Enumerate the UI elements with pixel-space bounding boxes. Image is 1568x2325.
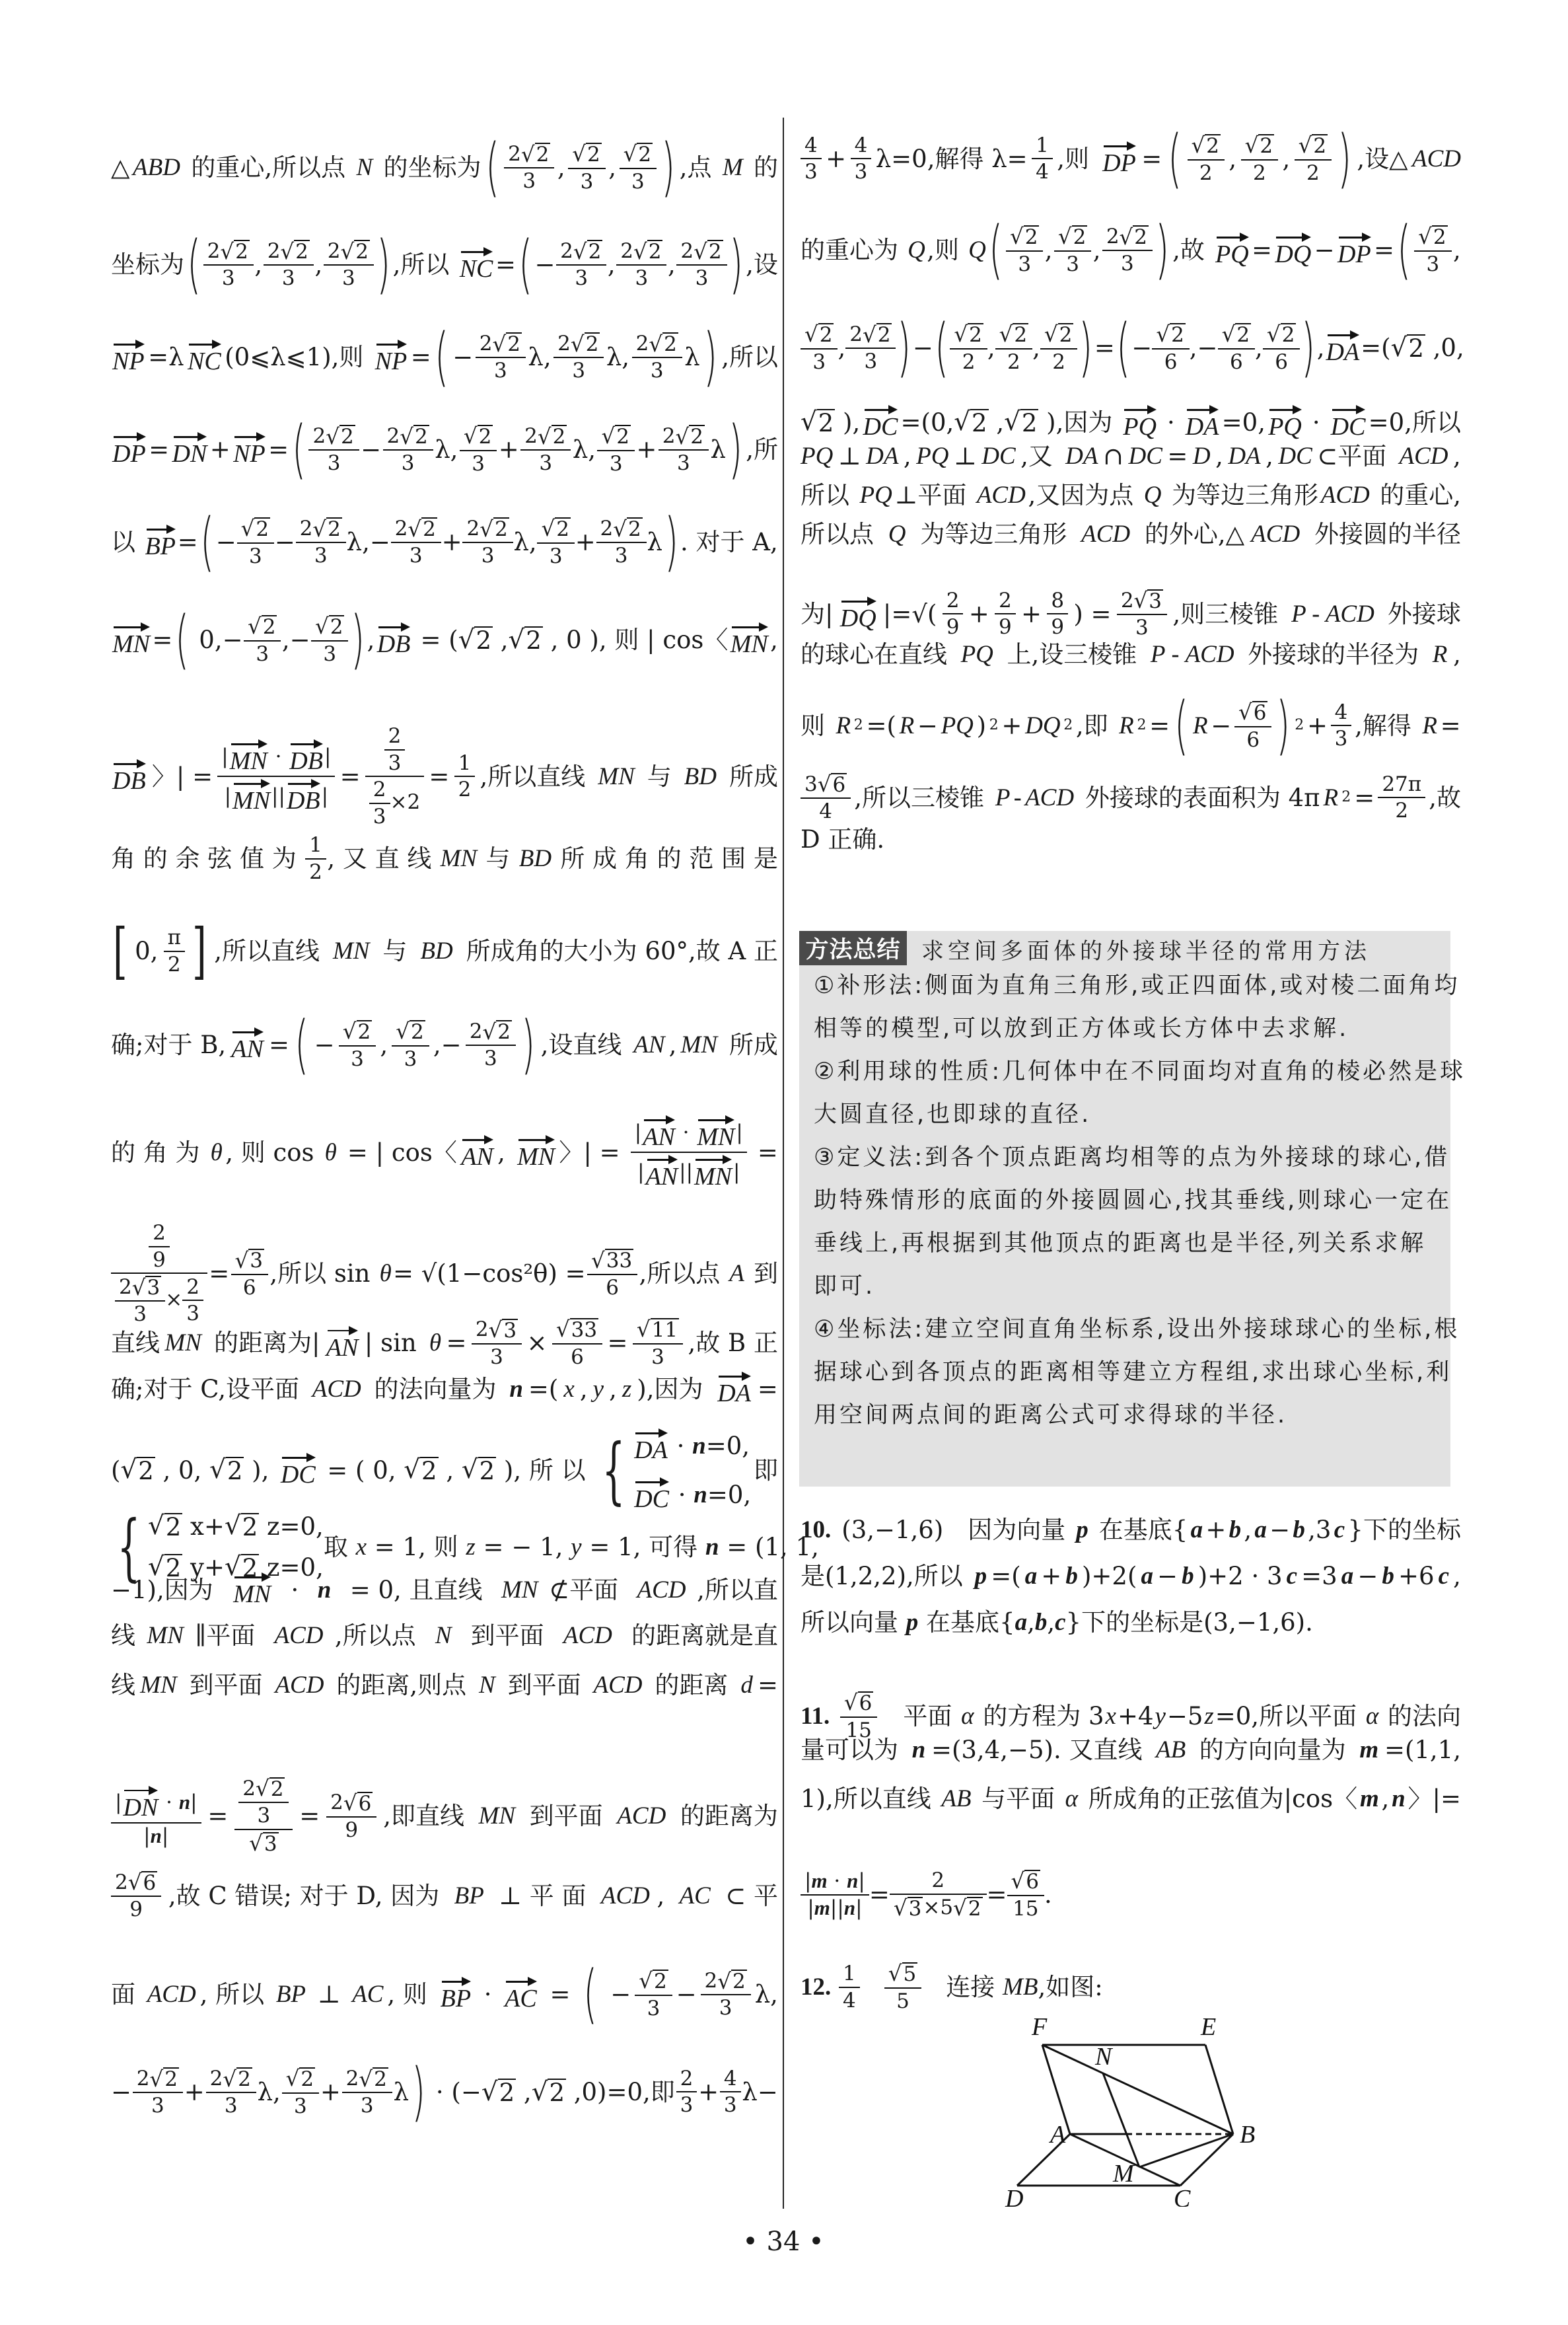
math-italic: BD xyxy=(684,764,717,789)
math-expr: 1 xyxy=(458,753,472,774)
math-text: )+2( xyxy=(1082,1564,1137,1588)
math-expr: =3 xyxy=(1301,1564,1337,1588)
math-expr: = 1, 则 xyxy=(367,1535,466,1559)
math-text: ⊂平面 xyxy=(1317,444,1394,468)
math-text: +6 xyxy=(1398,1564,1435,1588)
radicand: 2 xyxy=(1312,134,1328,157)
radical-sign: √ xyxy=(591,1250,605,1272)
math-expr: + xyxy=(826,147,846,171)
vector-label: PQ xyxy=(1268,414,1302,439)
denominator: 6 xyxy=(231,1274,268,1299)
math-text: | xyxy=(733,1162,740,1183)
math-text: ,− xyxy=(1190,336,1218,360)
math-text: + xyxy=(442,530,462,554)
math-text xyxy=(831,1975,839,1999)
sqrt: √2 xyxy=(220,240,249,262)
math-expr: + xyxy=(1307,714,1328,738)
equation-system: {√2 x+√2 z=0,√2 y+√2 z=0, xyxy=(111,1513,324,1580)
math-text: 是(1,2,2),所以 xyxy=(801,1564,971,1588)
radicand: 2 xyxy=(1058,323,1074,346)
text-line: −1),因为 MN · n = 0, 且直线 MN⊄平面 ACD,所以直 xyxy=(111,1572,778,1607)
math-italic: ACD xyxy=(1251,522,1300,546)
fraction: 29 xyxy=(944,590,962,638)
math-italic: P xyxy=(995,786,1011,810)
numerator: √2 xyxy=(1243,134,1276,159)
vector: DA xyxy=(717,1372,751,1406)
left-paren: ( xyxy=(1398,225,1411,276)
sqrt: √2 xyxy=(223,2067,252,2090)
denominator: 3 xyxy=(597,450,634,475)
math-italic: ACD xyxy=(1081,522,1130,546)
math-expr: 6 xyxy=(243,1277,256,1299)
math-expr: λ, xyxy=(513,530,536,554)
vector: MN xyxy=(112,622,150,657)
radicand: 33 xyxy=(570,1318,598,1341)
math-expr: = xyxy=(1167,444,1188,468)
left-brace: { xyxy=(118,1518,141,1576)
math-expr: − xyxy=(111,2080,131,2104)
radical-sign: √ xyxy=(280,241,294,263)
math-text: 3 xyxy=(490,1347,503,1368)
math-italic: ACD xyxy=(601,1884,650,1908)
text-line: 则 R2=(R−PQ)2+DQ2,即 R2=(R−√66)2+43,解得 R= xyxy=(801,700,1461,751)
vector-arrow-icon xyxy=(289,739,323,749)
radical-sign: √ xyxy=(1156,324,1170,346)
math-text: ), xyxy=(244,1458,277,1483)
denominator: 9 xyxy=(149,1246,170,1271)
radicand: 33 xyxy=(605,1249,633,1271)
bold-vector: a xyxy=(1341,1564,1354,1588)
math-text: 2 xyxy=(1199,163,1213,184)
math-text: + xyxy=(575,530,596,554)
left-paren: ( xyxy=(989,225,1003,276)
right-paren: ) xyxy=(664,517,678,568)
math-text: 4 xyxy=(724,2068,737,2090)
math-text: 2 xyxy=(328,240,341,262)
denominator: 3 xyxy=(206,2092,256,2117)
radicand: 2 xyxy=(637,143,653,165)
math-expr: =( xyxy=(991,1564,1020,1588)
math-text: ,则三棱锥 xyxy=(1172,602,1286,626)
sqrt: √2 xyxy=(341,240,370,262)
denominator: 6 xyxy=(1218,348,1255,373)
math-text: z=0, xyxy=(259,1514,324,1539)
math-expr: 3 xyxy=(388,753,402,774)
vector-arrow-icon xyxy=(233,432,266,441)
math-expr: = xyxy=(299,1804,320,1828)
math-expr: = xyxy=(1354,786,1374,810)
radicand: 2 xyxy=(421,517,437,540)
radical-sign: √ xyxy=(1245,135,1259,157)
numerator: 2 xyxy=(929,1870,946,1894)
math-text: − xyxy=(361,437,381,462)
numerator: π xyxy=(166,927,183,951)
vector-label: DC xyxy=(634,1487,669,1512)
math-expr: λ,− xyxy=(347,530,390,554)
math-expr: ,则 xyxy=(1057,147,1097,171)
math-expr: √2 xyxy=(248,615,277,638)
math-expr: √2 xyxy=(241,517,270,540)
math-expr: 2 xyxy=(408,792,421,813)
text-line: 12. 14 √55 连接 MB,如图: xyxy=(801,1962,1461,2012)
radicand: 2 xyxy=(478,1457,497,1483)
denominator: 3 xyxy=(342,2092,392,2117)
sqrt: √2 xyxy=(400,425,429,447)
math-text: λ, xyxy=(606,345,629,369)
math-expr: ,故 xyxy=(1172,238,1213,262)
question-number: 10. xyxy=(801,1518,831,1542)
math-text: 的距离为| xyxy=(206,1331,320,1355)
math-text: 所成 xyxy=(721,1033,778,1057)
vector-label: DA xyxy=(634,1438,668,1463)
sqrt: √2 xyxy=(521,143,550,165)
math-expr: 3 xyxy=(539,453,552,474)
fraction: 43 xyxy=(1333,702,1350,750)
math-italic: Q xyxy=(908,238,925,262)
math-text: 〉| = xyxy=(152,764,213,789)
radicand: 2 xyxy=(254,517,270,540)
vector-expr: |AN · MN| xyxy=(635,1115,743,1150)
math-expr: = 0, 且直线 xyxy=(342,1578,490,1602)
math-expr: 2 xyxy=(946,590,960,612)
text-line: 用空间两点间的距离公式可求得球的半径. xyxy=(814,1404,1448,1427)
math-expr: 3 xyxy=(864,351,877,373)
math-expr: 3 xyxy=(635,268,648,289)
radicand: 6 xyxy=(831,773,847,795)
vector-label: DC xyxy=(1331,414,1366,439)
math-expr: ) = xyxy=(1073,602,1111,626)
fraction: √55 xyxy=(886,1962,919,2012)
math-expr: 5 xyxy=(896,1991,909,2012)
sqrt: √2 xyxy=(509,626,543,653)
radicand: 2 xyxy=(164,1513,183,1539)
math-expr: 3 xyxy=(651,360,664,382)
math-expr: 角 的 余 弦 值 为 xyxy=(111,846,304,871)
math-text: 6 xyxy=(1230,351,1243,373)
math-text: 2 xyxy=(408,792,421,813)
math-italic: DA xyxy=(1228,444,1260,468)
math-expr: √2 xyxy=(954,323,983,346)
math-text: = xyxy=(411,345,431,369)
math-text: 的坐标为 xyxy=(376,155,481,180)
math-text: ),因为 xyxy=(1038,410,1120,435)
sqrt: √2 xyxy=(538,425,567,447)
math-text: ,故 B 正 xyxy=(688,1331,777,1355)
math-expr: 的坐标为 xyxy=(376,155,481,180)
radical-sign: √ xyxy=(286,2068,300,2090)
radical-sign: √ xyxy=(150,2069,164,2090)
math-expr: 的距离为 xyxy=(672,1804,778,1828)
text-line: MN=( 0,−√23,−√23),DB = (√2 ,√2 , 0 ), 则 … xyxy=(111,614,778,665)
numerator: √2 xyxy=(1220,323,1253,348)
denominator: 6 xyxy=(1263,348,1300,373)
math-text: + xyxy=(826,147,846,171)
math-expr: = xyxy=(1149,714,1170,738)
numerator: √2 xyxy=(1265,323,1298,348)
math-text: 3 xyxy=(719,1997,732,2019)
math-expr: 9 xyxy=(129,1899,143,1921)
radicand: 3 xyxy=(502,1319,518,1341)
math-expr: +4 xyxy=(1118,1704,1154,1728)
vector-arrow-icon xyxy=(375,340,408,349)
math-text: = xyxy=(1094,336,1115,360)
radical-sign: √ xyxy=(312,519,326,540)
math-text: 3 xyxy=(651,360,664,382)
column-divider xyxy=(783,118,784,2209)
math-text: , xyxy=(1229,147,1236,171)
radical-sign: √ xyxy=(404,1458,420,1483)
math-expr: 的距离为| xyxy=(206,1331,320,1355)
radicand: 2 xyxy=(552,425,567,447)
math-expr: . 对于 A, xyxy=(680,530,778,554)
math-expr: √2 xyxy=(624,143,653,165)
math-expr: (√2 , 0, √2 ), xyxy=(111,1457,277,1483)
vector-label: DN xyxy=(172,441,207,466)
math-expr: 3 xyxy=(314,545,328,567)
question-number: 11. xyxy=(801,1704,830,1728)
math-text: 2 xyxy=(312,425,326,447)
math-text: − xyxy=(1211,714,1231,738)
numerator: 2√2 xyxy=(464,517,511,542)
math-expr: ,设直线 xyxy=(541,1033,630,1057)
vector-label: AN xyxy=(461,1144,493,1169)
math-text: λ xyxy=(394,2080,409,2104)
vector-label: MN xyxy=(233,1582,271,1607)
denominator: 3 xyxy=(133,2092,183,2117)
math-expr: √2 xyxy=(572,143,601,165)
vector: AN xyxy=(326,1326,359,1360)
math-expr: 〉|= xyxy=(1408,1787,1461,1811)
fraction: 2√23 xyxy=(240,1777,287,1827)
numerator: √6 xyxy=(842,1691,875,1716)
text-line: 292√33×23=√36,所以 sin θ= √(1−cos²θ) =√336… xyxy=(111,1222,778,1325)
denominator: 3 xyxy=(556,264,606,289)
denominator: 4 xyxy=(839,1987,860,2012)
math-text: , xyxy=(989,410,1005,435)
radical-sign: √ xyxy=(637,1319,651,1341)
math-italic: MB xyxy=(1003,1975,1038,1999)
math-expr: 3 xyxy=(647,1998,660,2020)
math-expr: 2√3 xyxy=(119,1276,161,1298)
math-text: 3 xyxy=(222,268,235,289)
math-text: 角 的 余 弦 值 为 xyxy=(111,846,304,871)
text-line: |DN · n||n|=2√23√3=2√69,即直线 MN 到平面 ACD 的… xyxy=(111,1777,778,1855)
fraction: 29 xyxy=(997,590,1014,638)
denominator: 3 xyxy=(504,167,554,192)
math-expr: 3 xyxy=(572,360,585,382)
vector-label: AN xyxy=(326,1335,359,1360)
fraction: 2√23 xyxy=(618,240,664,289)
math-expr: , xyxy=(608,155,616,180)
math-text: − xyxy=(275,530,295,554)
math-text: − xyxy=(111,2080,131,2104)
math-text: 2 xyxy=(680,2068,694,2090)
math-expr: λ, xyxy=(573,437,596,462)
math-expr: 〉| = xyxy=(559,1140,627,1165)
math-expr: 3 xyxy=(1335,728,1348,750)
text-line: 1),所以直线 AB 与平面 α 所成角的正弦值为|cos〈m,n〉|= xyxy=(801,1787,1461,1811)
math-expr: ,− xyxy=(1190,336,1218,360)
math-expr: + xyxy=(184,2080,205,2104)
radical-sign: √ xyxy=(1299,135,1312,157)
math-text: = xyxy=(340,764,361,789)
sqrt: √2 xyxy=(312,517,341,540)
math-text: 2 xyxy=(153,1222,166,1244)
radical-sign: √ xyxy=(624,143,637,165)
math-expr: 3 xyxy=(225,2095,238,2117)
math-expr: √2 xyxy=(1222,323,1251,346)
math-expr: = xyxy=(758,1377,778,1401)
math-expr: 3 xyxy=(361,2095,374,2117)
math-expr: √2 xyxy=(1192,134,1221,157)
math-expr: ,− xyxy=(282,628,310,652)
superscript: 2 xyxy=(1341,790,1351,805)
math-text: }下的坐标 xyxy=(1347,1518,1461,1542)
radical-sign: √ xyxy=(209,1458,226,1483)
math-italic: ACD xyxy=(1326,602,1374,626)
radical-sign: √ xyxy=(1192,135,1205,157)
math-text: (0⩽λ⩽1),则 xyxy=(225,345,371,369)
bold-vector: b xyxy=(1382,1564,1394,1588)
radicand: 2 xyxy=(339,425,355,447)
math-text: . 对于 A, xyxy=(680,530,778,554)
math-expr: 的重心,所以点 xyxy=(184,155,353,180)
math-expr: , xyxy=(1317,336,1325,360)
radicand: 2 xyxy=(662,332,678,355)
math-text: = xyxy=(149,437,169,462)
math-expr: 确;对于 C,设平面 xyxy=(111,1377,307,1401)
superscript: 2 xyxy=(1063,718,1073,733)
bold-vector: n xyxy=(1392,1787,1406,1811)
math-text: 3 xyxy=(256,644,269,665)
math-text: + xyxy=(184,2080,205,2104)
math-text: 3 xyxy=(804,161,818,183)
math-expr: = xyxy=(542,1982,579,2007)
fraction: 14 xyxy=(1034,135,1051,183)
denominator: 3 xyxy=(537,542,574,568)
math-text: , xyxy=(516,2080,532,2104)
sqrt: √6 xyxy=(1238,701,1267,723)
system-row: DC · n=0, xyxy=(633,1477,751,1512)
numerator: 2√2 xyxy=(344,2067,390,2092)
radicand: 2 xyxy=(585,332,600,355)
math-expr: , xyxy=(904,444,911,468)
fraction: π2 xyxy=(166,927,183,975)
numerator: √5 xyxy=(886,1962,919,1987)
bold-vector: a xyxy=(1141,1564,1153,1588)
math-text: =( xyxy=(528,1377,558,1401)
sqrt: √2 xyxy=(286,2067,315,2090)
text-line: 线MN 到平面 ACD 的距离,则点 N 到平面 ACD 的距离 d= xyxy=(111,1673,778,1697)
left-paren: ( xyxy=(292,424,306,475)
math-expr: − xyxy=(603,1982,631,2007)
numerator: 2√2 xyxy=(555,332,602,357)
math-expr: √2 xyxy=(315,615,344,638)
text-line: ④坐标法:建立空间直角坐标系,设出外接球球心的坐标,根 xyxy=(814,1318,1448,1341)
math-text: 0,− xyxy=(192,628,243,652)
numerator: √2 xyxy=(599,425,632,450)
numerator: 1 xyxy=(307,834,324,858)
sqrt: √2 xyxy=(343,1020,372,1043)
math-expr: = xyxy=(429,764,449,789)
radical-sign: √ xyxy=(235,1250,249,1272)
math-text: , xyxy=(669,1033,677,1057)
math-expr: ⊄平面 xyxy=(549,1578,626,1602)
math-text: | xyxy=(855,1896,862,1920)
denominator: 2 xyxy=(995,348,1032,373)
left-paren: ( xyxy=(935,322,948,373)
math-text: | xyxy=(279,786,285,807)
math-expr: 坐标为 xyxy=(111,252,184,277)
math-text: = xyxy=(542,1982,579,2007)
math-text: + xyxy=(1205,1518,1226,1542)
math-expr: , xyxy=(1215,444,1223,468)
numerator: 2 xyxy=(997,590,1014,614)
fraction: 2√23 xyxy=(598,517,645,567)
math-italic: MN xyxy=(140,1673,177,1697)
radicand: 2 xyxy=(506,332,522,355)
vector-expr: |DN · n| xyxy=(115,1786,197,1820)
math-expr: 3 xyxy=(615,545,628,567)
fraction: √23 xyxy=(637,1970,670,2020)
radical-sign: √ xyxy=(489,1319,503,1341)
vector-label: NC xyxy=(460,256,493,281)
math-expr: =0, xyxy=(1222,410,1265,435)
fraction: √615 xyxy=(842,1691,875,1742)
vector-arrow-icon xyxy=(230,739,267,749)
sqrt: √2 xyxy=(1010,225,1039,248)
math-italic: θ xyxy=(429,1331,441,1355)
math-expr: 平面 xyxy=(878,1704,960,1728)
math-expr: 2√2 xyxy=(620,240,662,262)
math-text: 3 xyxy=(294,2096,307,2118)
math-text: 3 xyxy=(522,170,536,192)
superscript: 2 xyxy=(1295,718,1304,733)
math-text: 3 xyxy=(635,268,648,289)
sqrt: √2 xyxy=(359,2067,388,2090)
right-paren: ) xyxy=(351,614,365,665)
math-expr: 所成角的大小为 60°,故 A 正 xyxy=(458,939,778,963)
math-expr: 2√6 xyxy=(115,1871,157,1894)
radicand: 2 xyxy=(1235,323,1251,346)
radical-sign: √ xyxy=(999,324,1013,346)
denominator: 4 xyxy=(801,797,851,823)
math-expr: 2 xyxy=(1199,163,1213,184)
math-expr: = xyxy=(268,437,289,462)
math-expr: 3 xyxy=(481,545,495,567)
math-text: 2 xyxy=(458,779,472,801)
numerator: 2√2 xyxy=(598,517,645,542)
math-expr: √2 xyxy=(1156,323,1185,346)
math-text: 2 xyxy=(476,1319,489,1341)
math-expr: 〉| = xyxy=(152,764,213,789)
math-text: 4 xyxy=(1335,702,1348,723)
math-expr: 在基底{ xyxy=(1091,1518,1188,1542)
math-expr: · xyxy=(476,1982,499,2007)
text-line: ①补形法:侧面为直角三角形,或正四面体,或对棱二面角均 xyxy=(814,975,1448,998)
vector: PQ xyxy=(1215,233,1249,267)
math-text: λ, xyxy=(513,530,536,554)
math-expr: 3 xyxy=(651,1347,664,1368)
denominator: 3 xyxy=(801,158,822,183)
bold-vector: a xyxy=(1025,1564,1038,1588)
math-text: = xyxy=(987,1882,1007,1907)
math-expr: 0,− xyxy=(192,628,243,652)
math-expr: ,设△ xyxy=(1357,147,1408,171)
math-text: ,则 xyxy=(1057,147,1097,171)
fraction: √23 xyxy=(802,323,836,373)
sqrt: √2 xyxy=(694,240,723,262)
